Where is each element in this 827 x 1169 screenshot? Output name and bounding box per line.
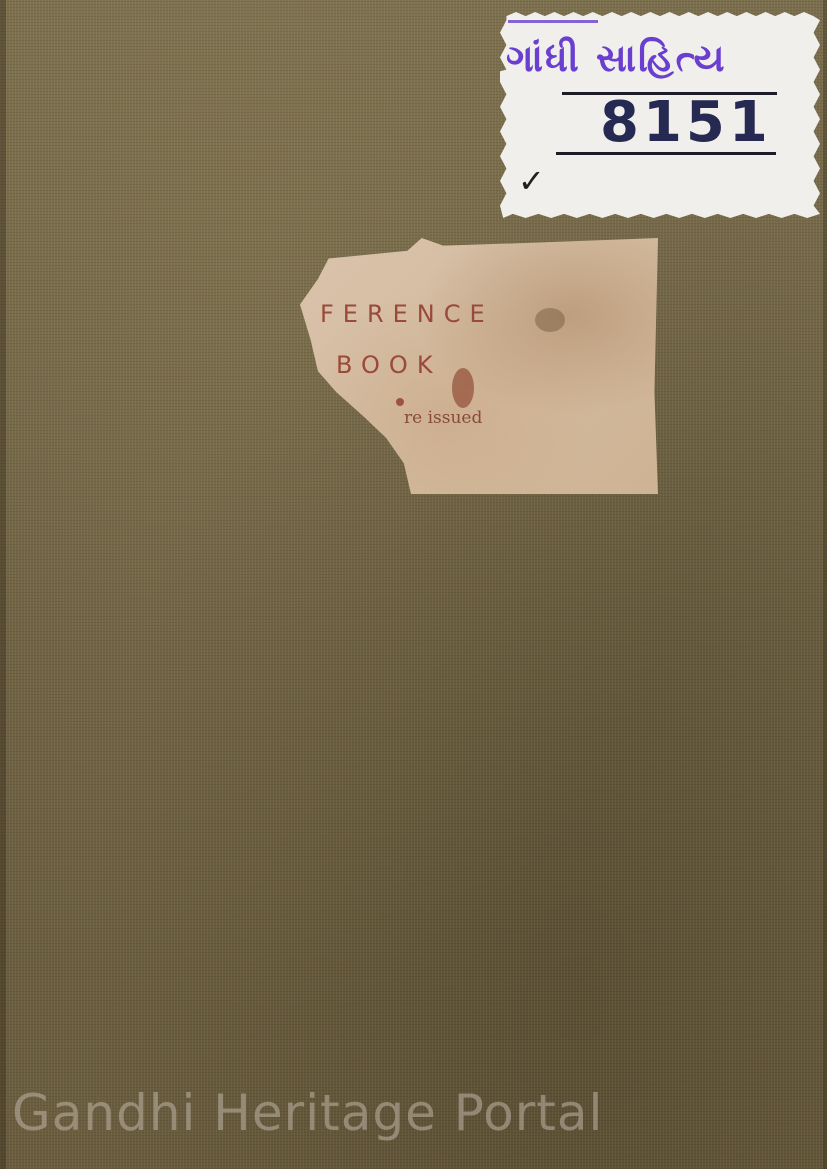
reference-book-label: FERENCE BOOK re issued [300, 238, 658, 494]
stain [535, 308, 565, 332]
watermark: Gandhi Heritage Portal [12, 1084, 603, 1142]
stain [452, 368, 474, 408]
library-label: ગાંધી સાહિત્ય 8151 ✓ [500, 12, 820, 218]
reference-label-line1: FERENCE [320, 300, 494, 328]
cover-right-edge [823, 0, 827, 1169]
library-accession-number: 8151 [600, 92, 780, 154]
stain [396, 398, 404, 406]
cover-left-edge [0, 0, 6, 1169]
book-cover: ગાંધી સાહિત્ય 8151 ✓ FERENCE BOOK re iss… [0, 0, 827, 1169]
label-ink-line [508, 20, 598, 23]
reference-label-line3: re issued [404, 408, 482, 428]
label-rule-bottom [556, 152, 776, 155]
library-label-title: ગાંધી સાહિત્ય [506, 36, 826, 81]
check-mark-icon: ✓ [518, 162, 545, 200]
reference-label-line2: BOOK [336, 351, 442, 379]
